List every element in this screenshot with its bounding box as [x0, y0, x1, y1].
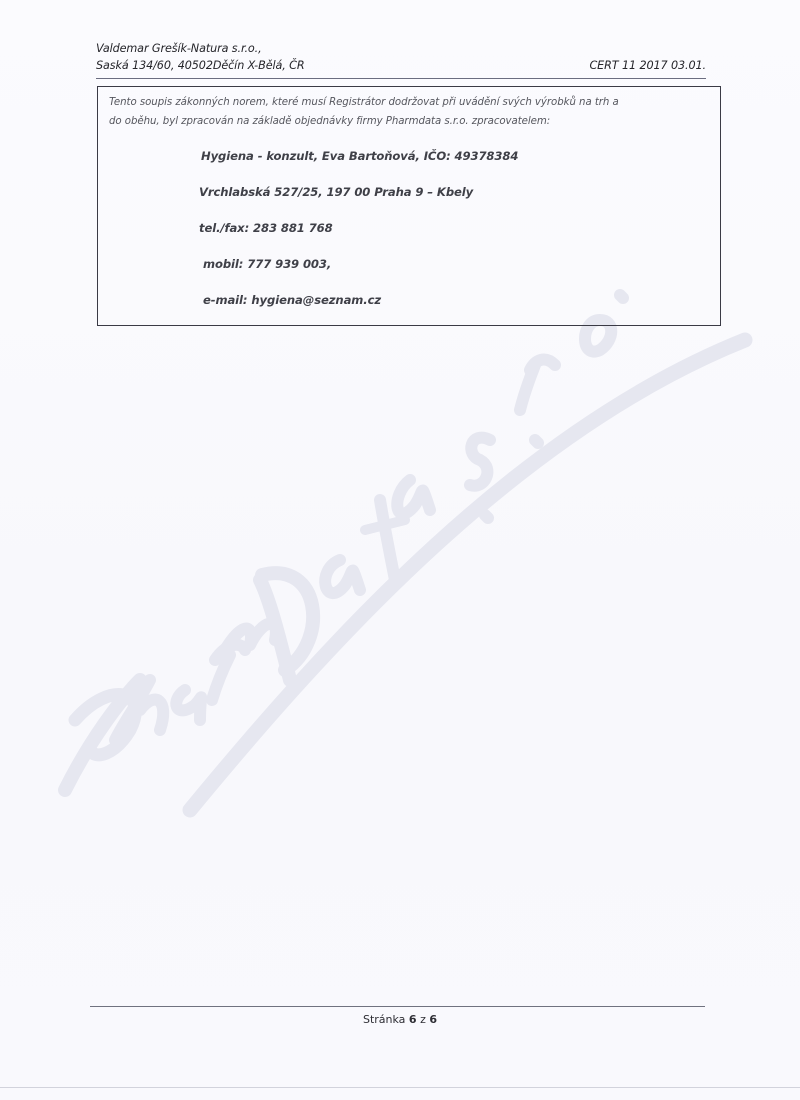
processor-name: Hygiena - konzult, Eva Bartoňová, IČO: 4…	[201, 149, 518, 163]
company-address: Valdemar Grešík-Natura s.r.o., Saská 134…	[96, 40, 305, 74]
intro-line-1: Tento soupis zákonných norem, které musí…	[109, 93, 719, 112]
company-name: Valdemar Grešík-Natura s.r.o.,	[96, 40, 305, 57]
cert-code: CERT 11 2017 03.01.	[589, 57, 706, 74]
processor-phone: tel./fax: 283 881 768	[199, 221, 333, 235]
processor-email: e-mail: hygiena@seznam.cz	[203, 293, 381, 307]
page-separator: z	[420, 1013, 426, 1026]
total-pages: 6	[429, 1013, 437, 1026]
processor-address: Vrchlabská 527/25, 197 00 Praha 9 – Kbel…	[199, 185, 473, 199]
footer-divider	[90, 1006, 705, 1007]
document-header: Valdemar Grešík-Natura s.r.o., Saská 134…	[96, 40, 706, 79]
scan-edge	[0, 1087, 800, 1088]
document-page: Valdemar Grešík-Natura s.r.o., Saská 134…	[0, 0, 800, 1100]
processor-info-box: Tento soupis zákonných norem, které musí…	[97, 86, 721, 326]
processor-mobile: mobil: 777 939 003,	[203, 257, 331, 271]
intro-paragraph: Tento soupis zákonných norem, které musí…	[109, 93, 719, 131]
page-label: Stránka	[363, 1013, 405, 1026]
company-street: Saská 134/60, 40502Děčín X-Bělá, ČR	[96, 57, 305, 74]
intro-line-2: do oběhu, byl zpracován na základě objed…	[109, 112, 719, 131]
page-number: Stránka 6 z 6	[0, 1013, 800, 1026]
current-page: 6	[409, 1013, 417, 1026]
